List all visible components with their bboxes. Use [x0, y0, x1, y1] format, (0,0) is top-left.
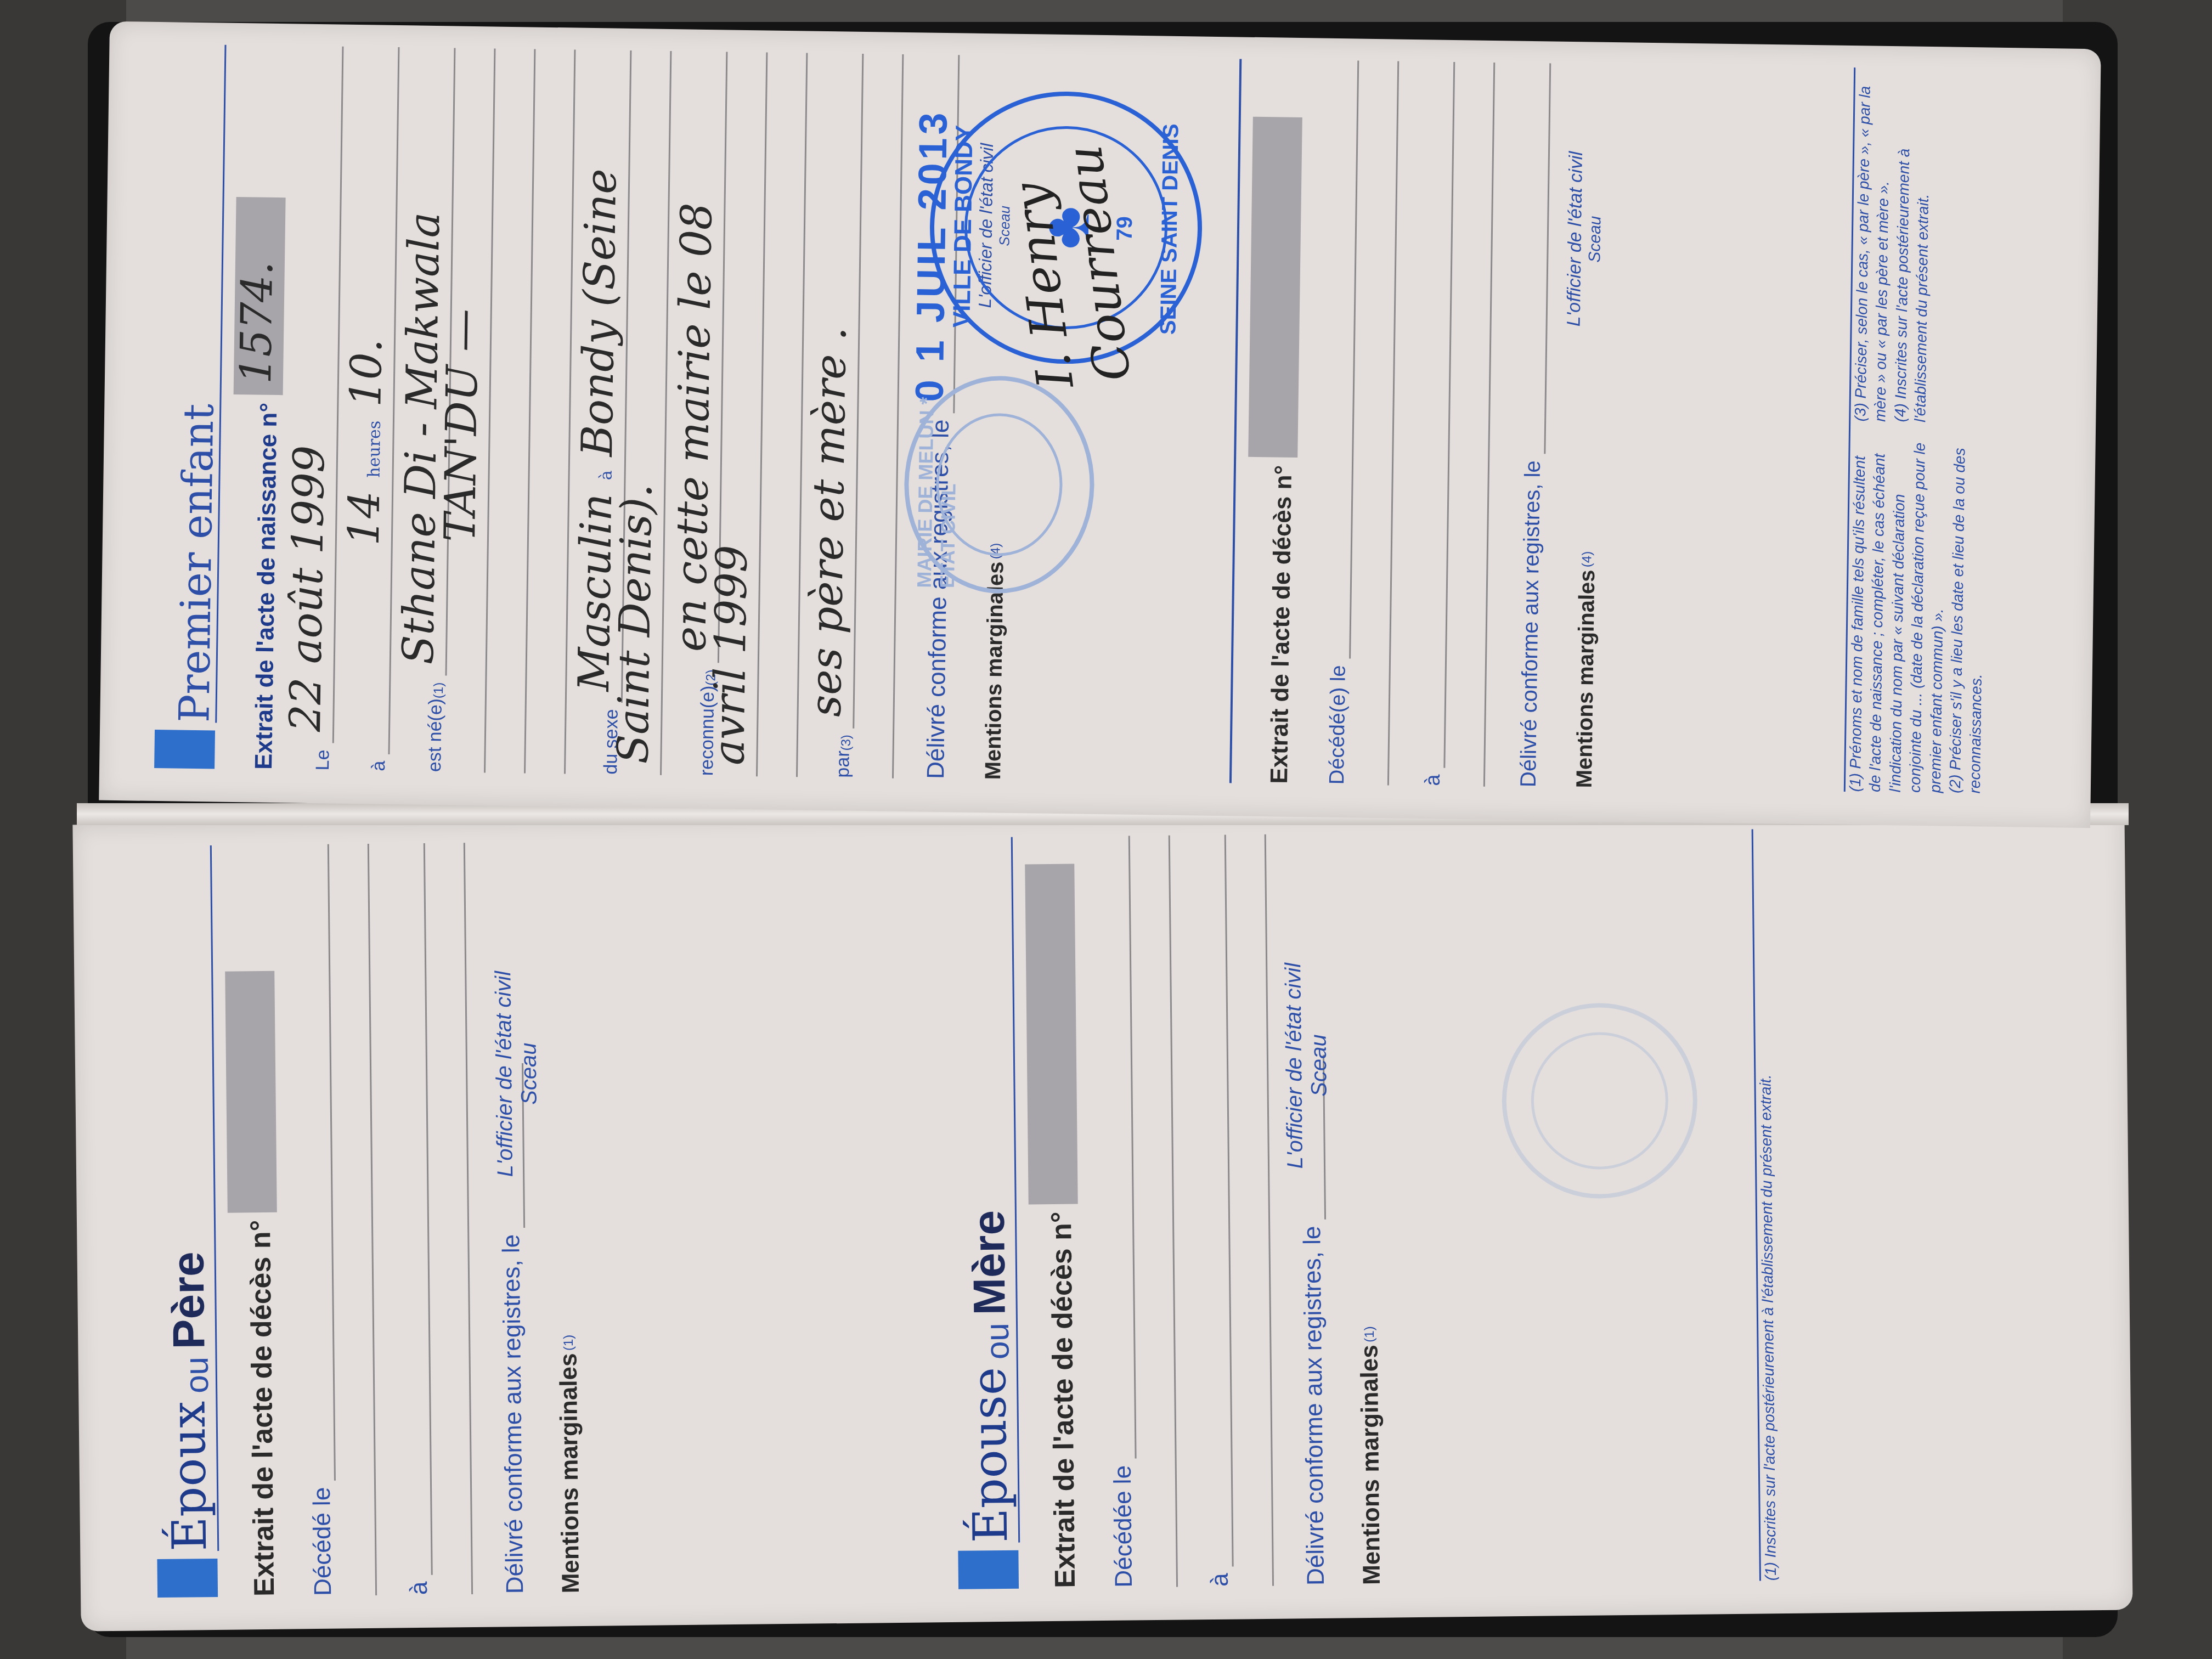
section-premier-enfant: Premier enfant Extrait de l'acte de nais…: [143, 44, 1015, 780]
mentions-row: Mentions marginales (1): [1334, 833, 1386, 1585]
extrait-row: Extrait de l'acte de décès n°: [224, 845, 281, 1597]
officer-label: L'officier de l'état civil: [1281, 963, 1308, 1169]
footnote-2: (2) Préciser s'il y a lieu les date et l…: [1945, 439, 1990, 794]
blank-line[interactable]: [425, 843, 473, 1595]
decede-row: Décédée le: [1086, 836, 1138, 1588]
right-footnote-block: (1) Prénoms et nom de famille tels qu'il…: [1844, 67, 1995, 793]
extrait-naissance-row: Extrait de l'acte de naissance n° 1574.: [228, 45, 287, 770]
mentions-label: Mentions marginales: [555, 1353, 585, 1593]
blank-line[interactable]: [1130, 836, 1178, 1588]
section-heading: Épouse ou Mère: [940, 837, 1019, 1589]
section-mere: Épouse ou Mère Extrait de l'acte de décè…: [940, 833, 1386, 1589]
title-epoux: Époux: [161, 1401, 217, 1551]
extrait-label: Extrait de l'acte de décès n°: [1045, 1211, 1082, 1588]
extrait-label: Extrait de l'acte de décès n°: [244, 1220, 281, 1596]
footnote-ref: (1): [1362, 1326, 1377, 1342]
officer-block: L'officier de l'état civil Sceau: [491, 970, 543, 1177]
melun-seal: MAIRIE DE MELUN * ETAT CIVIL: [903, 375, 1096, 595]
footnote-1: (1) Inscrites sur l'acte postérieurement…: [1753, 829, 1781, 1581]
heures-value: 14: [340, 490, 390, 546]
title-pere: Père: [163, 1251, 216, 1350]
delivre-label: Délivré conforme aux registres, le: [498, 1234, 529, 1594]
heure-row: à 14 heures 10.: [346, 47, 399, 771]
mentions-label: Mentions marginales: [981, 561, 1008, 780]
section-pere: Époux ou Père Extrait de l'acte de décès…: [139, 842, 585, 1598]
delivre-label: Délivré conforme aux registres, le: [1516, 460, 1545, 787]
le-label: Le: [312, 749, 334, 770]
extrait-number-field[interactable]: [1025, 864, 1077, 1204]
blue-tab-marker: [154, 730, 215, 769]
heading-rule: [1229, 59, 1242, 783]
left-page: Époux ou Père Extrait de l'acte de décès…: [72, 803, 2132, 1631]
est-ne-label: est né(e): [424, 698, 447, 772]
minutes-value: 10.: [341, 338, 392, 407]
lieu-row: à: [381, 843, 433, 1595]
a-label: à: [405, 1581, 433, 1595]
extrait-row: Extrait de l'acte de décès n°: [1025, 837, 1082, 1589]
footnote-ref: (1): [561, 1335, 576, 1351]
decede-label: Décédée le: [1109, 1465, 1138, 1588]
decede-row: Décédé le: [285, 844, 337, 1596]
photo-stage: Époux ou Père Extrait de l'acte de décès…: [0, 0, 2212, 1659]
mentions-label: Mentions marginales: [1572, 569, 1600, 788]
section-heading: Époux ou Père: [139, 845, 218, 1598]
officer-label: L'officier de l'état civil: [491, 971, 518, 1177]
sceau-label: Sceau: [516, 970, 543, 1177]
extrait-naissance-label: Extrait de l'acte de naissance n°: [250, 403, 283, 770]
decede-label: Décédé(e) le: [1325, 665, 1351, 785]
a-label: à: [368, 761, 390, 771]
blue-tab-marker: [958, 1550, 1019, 1589]
section-deces-enfant: Extrait de l'acte de décès n° Décédé(e) …: [1229, 59, 1607, 788]
decede-label: Décédé le: [308, 1487, 337, 1596]
faded-seal-ghost: [1501, 1002, 1699, 1200]
par-label: par: [832, 751, 854, 778]
sceau-label: Sceau: [1585, 151, 1606, 327]
mentions-row: Mentions marginales (4) L'officier de l'…: [1553, 64, 1607, 788]
left-footnote-block: (1) Inscrites sur l'acte postérieurement…: [1752, 829, 1781, 1581]
officer-block: L'officier de l'état civil Sceau: [1281, 962, 1333, 1169]
title-premier-enfant: Premier enfant: [173, 403, 219, 723]
date-row: Le 22 août 1999: [290, 46, 343, 771]
blank-line[interactable]: [1226, 834, 1274, 1587]
sceau-label: Sceau: [1306, 962, 1333, 1169]
extrait-naissance-number[interactable]: 1574.: [234, 197, 286, 395]
date-field[interactable]: 22 août 1999: [305, 46, 344, 743]
extrait-deces-row: Extrait de l'acte de décès n°: [1244, 59, 1303, 784]
blank-line[interactable]: [329, 844, 377, 1596]
right-page: Premier enfant Extrait de l'acte de nais…: [99, 21, 2101, 828]
delivre-row: Délivré conforme aux registres, le: [1497, 63, 1551, 787]
heures-label: heures: [365, 420, 385, 477]
delivre-label: Délivré conforme aux registres, le: [1299, 1226, 1330, 1585]
footnote-4: (4) Inscrites sur l'acte postérieurement…: [1891, 68, 1936, 422]
mentions-row: Mentions marginales (1): [533, 842, 585, 1594]
blue-tab-marker: [157, 1559, 218, 1598]
title-epouse: Épouse: [962, 1367, 1018, 1543]
extrait-deces-label: Extrait de l'acte de décès n°: [1266, 465, 1297, 784]
lieu-row: à: [1182, 835, 1234, 1587]
title-mere: Mère: [963, 1210, 1016, 1315]
title-ou: ou: [178, 1357, 216, 1393]
delivre-field[interactable]: [1516, 63, 1551, 454]
footnote-3: (3) Préciser, selon le cas, « par le pèr…: [1850, 67, 1895, 422]
officer-label: L'officier de l'état civil: [1564, 151, 1587, 327]
extrait-deces-number[interactable]: [1248, 117, 1302, 458]
mentions-label: Mentions marginales: [1356, 1345, 1385, 1585]
delivre-row: Délivré conforme aux registres, le: [1278, 834, 1330, 1586]
title-ou: ou: [978, 1323, 1017, 1359]
seal-top-text: VILLE DE BONDY: [948, 125, 978, 328]
a-label: à: [1421, 774, 1445, 786]
section-heading: Premier enfant: [143, 44, 224, 769]
extrait-number-field[interactable]: [225, 970, 277, 1212]
a-label: à: [1206, 1573, 1234, 1587]
footnote-1: (1) Prénoms et nom de famille tels qu'il…: [1846, 438, 1950, 793]
delivre-row: Délivré conforme aux registres, le: [477, 842, 529, 1594]
seal-bottom-text: SEINE SAINT DENIS: [1156, 123, 1183, 335]
lieu-value: Bondy (Seine: [573, 168, 626, 457]
